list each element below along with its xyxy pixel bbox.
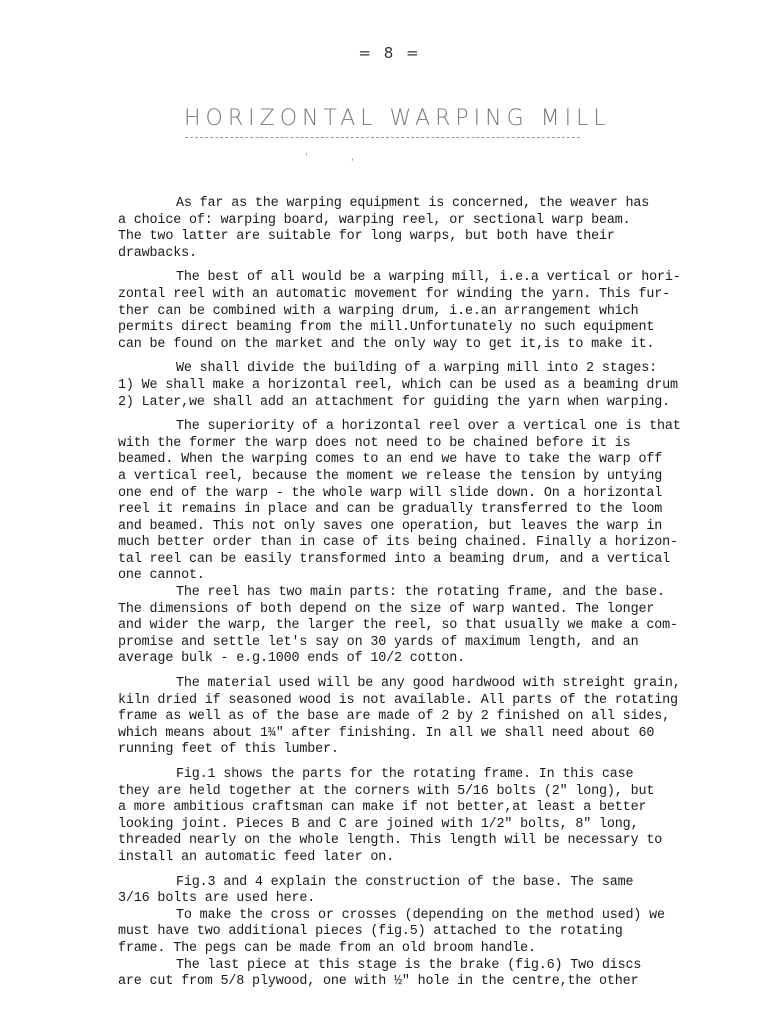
document-page: = 8 = HORIZONTAL WARPING MILL ' , As far… — [0, 0, 781, 1012]
page-title: HORIZONTAL WARPING MILL — [184, 106, 604, 131]
title-underline — [185, 137, 580, 138]
paragraph: The reel has two main parts: the rotatin… — [118, 585, 758, 668]
text-line: permits direct beaming from the mill.Unf… — [118, 320, 758, 337]
page-number: = 8 = — [0, 44, 781, 62]
text-line: and beamed. This not only saves one oper… — [118, 519, 758, 536]
text-line: The last piece at this stage is the brak… — [118, 958, 758, 975]
text-line: threaded nearly on the whole length. Thi… — [118, 833, 758, 850]
paragraph: Fig.1 shows the parts for the rotating f… — [118, 767, 758, 867]
text-line: one end of the warp - the whole warp wil… — [118, 486, 758, 503]
stray-marks: ' , — [305, 152, 374, 163]
text-line: can be found on the market and the only … — [118, 337, 758, 354]
text-line: frame as well as of the base are made of… — [118, 709, 758, 726]
paragraph: The last piece at this stage is the brak… — [118, 958, 758, 991]
text-line: Fig.3 and 4 explain the construction of … — [118, 875, 758, 892]
text-line: The two latter are suitable for long war… — [118, 229, 758, 246]
text-line: The best of all would be a warping mill,… — [118, 270, 758, 287]
text-line: 1) We shall make a horizontal reel, whic… — [118, 378, 758, 395]
text-line: with the former the warp does not need t… — [118, 436, 758, 453]
paragraph: The superiority of a horizontal reel ove… — [118, 419, 758, 585]
paragraph: To make the cross or crosses (depending … — [118, 908, 758, 958]
text-line: beamed. When the warping comes to an end… — [118, 452, 758, 469]
text-line: 2) Later,we shall add an attachment for … — [118, 395, 758, 412]
text-line: Fig.1 shows the parts for the rotating f… — [118, 767, 758, 784]
text-line: We shall divide the building of a warpin… — [118, 361, 758, 378]
text-line: kiln dried if seasoned wood is not avail… — [118, 693, 758, 710]
text-line: As far as the warping equipment is conce… — [118, 196, 758, 213]
text-line: promise and settle let's say on 30 yards… — [118, 635, 758, 652]
text-line: reel it remains in place and can be grad… — [118, 502, 758, 519]
body-text: As far as the warping equipment is conce… — [118, 196, 758, 991]
paragraph: Fig.3 and 4 explain the construction of … — [118, 875, 758, 908]
text-line: looking joint. Pieces B and C are joined… — [118, 817, 758, 834]
paragraph: As far as the warping equipment is conce… — [118, 196, 758, 262]
text-line: and wider the warp, the larger the reel,… — [118, 618, 758, 635]
text-line: which means about 1¾" after finishing. I… — [118, 726, 758, 743]
text-line: a choice of: warping board, warping reel… — [118, 213, 758, 230]
text-line: The superiority of a horizontal reel ove… — [118, 419, 758, 436]
text-line: a more ambitious craftsman can make if n… — [118, 800, 758, 817]
text-line: The material used will be any good hardw… — [118, 676, 758, 693]
text-line: The dimensions of both depend on the siz… — [118, 602, 758, 619]
text-line: running feet of this lumber. — [118, 742, 758, 759]
text-line: average bulk - e.g.1000 ends of 10/2 cot… — [118, 651, 758, 668]
paragraph: The material used will be any good hardw… — [118, 676, 758, 759]
text-line: frame. The pegs can be made from an old … — [118, 941, 758, 958]
text-line: one cannot. — [118, 568, 758, 585]
text-line: tal reel can be easily transformed into … — [118, 552, 758, 569]
text-line: ther can be combined with a warping drum… — [118, 304, 758, 321]
text-line: a vertical reel, because the moment we r… — [118, 469, 758, 486]
text-line: The reel has two main parts: the rotatin… — [118, 585, 758, 602]
text-line: drawbacks. — [118, 246, 758, 263]
text-line: 3/16 bolts are used here. — [118, 891, 758, 908]
text-line: much better order than in case of its be… — [118, 535, 758, 552]
text-line: To make the cross or crosses (depending … — [118, 908, 758, 925]
text-line: must have two additional pieces (fig.5) … — [118, 924, 758, 941]
text-line: are cut from 5/8 plywood, one with ½" ho… — [118, 974, 758, 991]
paragraph: We shall divide the building of a warpin… — [118, 361, 758, 411]
paragraph: The best of all would be a warping mill,… — [118, 270, 758, 353]
text-line: install an automatic feed later on. — [118, 850, 758, 867]
text-line: zontal reel with an automatic movement f… — [118, 287, 758, 304]
text-line: they are held together at the corners wi… — [118, 784, 758, 801]
